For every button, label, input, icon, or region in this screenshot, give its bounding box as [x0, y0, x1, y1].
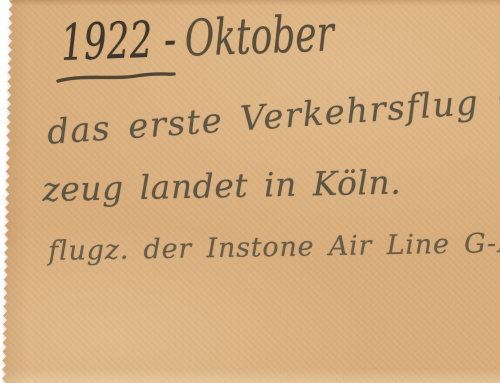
scanned-note-photo: 1922-Oktober das erste Verkehrsflug = ze… — [0, 0, 500, 383]
paper-sheet: 1922-Oktober das erste Verkehrsflug = ze… — [0, 0, 500, 383]
title-year: 1922 — [60, 11, 154, 72]
note-line: zeug landet in Köln. — [42, 165, 402, 206]
title-separator: - — [163, 10, 177, 68]
note-line: flugz. der Instone Air Line G-EASI — [48, 229, 500, 265]
title-underline — [56, 70, 176, 86]
title-month: Oktober — [184, 4, 335, 67]
note-title: 1922-Oktober — [60, 8, 335, 67]
note-line: das erste Verkehrsflug = — [46, 82, 500, 149]
paper-shadow: 1922-Oktober das erste Verkehrsflug = ze… — [0, 0, 500, 383]
